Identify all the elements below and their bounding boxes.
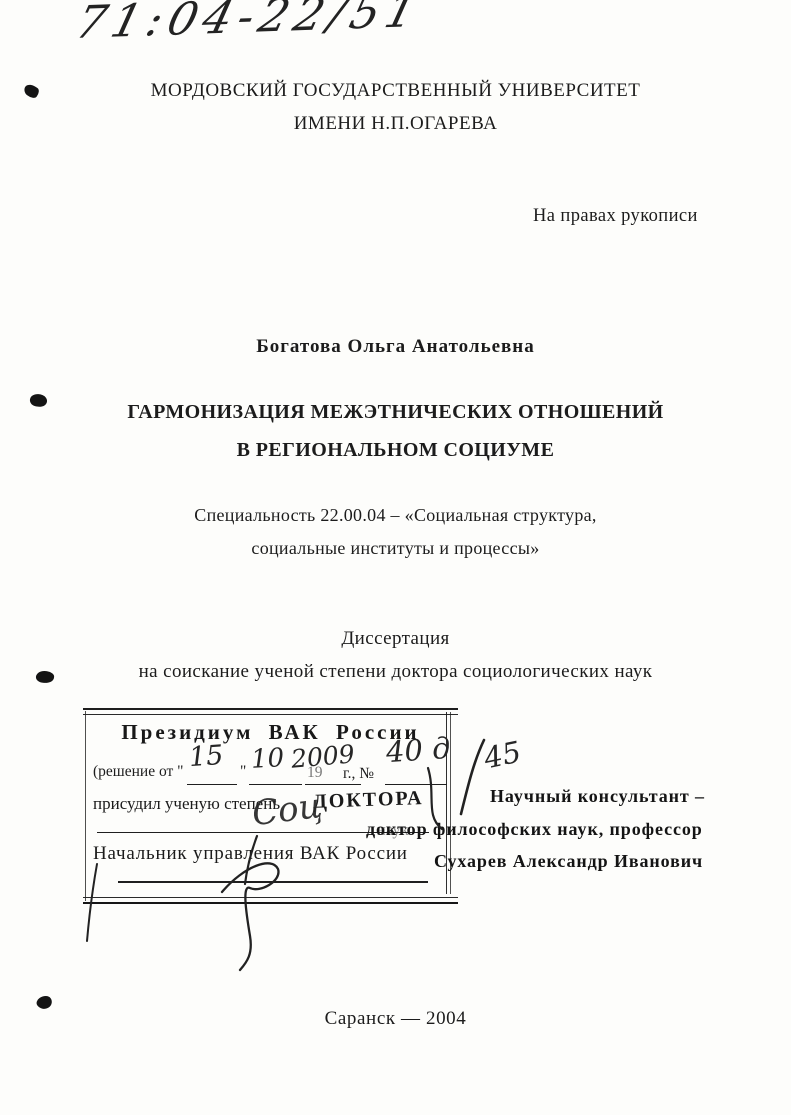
dissertation-title-line1: ГАРМОНИЗАЦИЯ МЕЖЭТНИЧЕСКИХ ОТНОШЕНИЙ bbox=[0, 401, 791, 424]
consultant-name: Сухарев Александр Иванович bbox=[434, 851, 703, 872]
handwritten-day: 15 bbox=[188, 740, 224, 773]
university-name-line2: ИМЕНИ Н.П.ОГАРЕВА bbox=[0, 113, 791, 135]
author-name: Богатова Ольга Анатольевна bbox=[0, 336, 791, 358]
stamp-degree: ДОКТОРА bbox=[313, 787, 424, 814]
specialty-line2: социальные институты и процессы» bbox=[0, 538, 791, 559]
thesis-type: Диссертация bbox=[0, 628, 791, 650]
handwritten-archive-code: 71:04-22/51 bbox=[71, 0, 428, 49]
dissertation-title-line2: В РЕГИОНАЛЬНОМ СОЦИУМЕ bbox=[0, 439, 791, 462]
specialty-line1: Специальность 22.00.04 – «Социальная стр… bbox=[0, 505, 791, 526]
handwritten-month: 10 bbox=[250, 743, 285, 775]
handwritten-decision-number: 40 д bbox=[385, 731, 452, 769]
handwritten-year: 2009 bbox=[290, 739, 356, 773]
thesis-subtitle: на соискание ученой степени доктора соци… bbox=[0, 661, 791, 683]
stamp-border-bottom bbox=[83, 897, 458, 904]
stamp-month-blank bbox=[249, 784, 302, 785]
stamp-day-blank bbox=[187, 784, 237, 785]
university-name-line1: МОРДОВСКИЙ ГОСУДАРСТВЕННЫЙ УНИВЕРСИТЕТ bbox=[0, 80, 791, 102]
consultant-heading: Научный консультант – bbox=[490, 786, 705, 807]
stamp-border-top bbox=[83, 708, 458, 715]
stamp-decision-prefix: (решение от " bbox=[93, 763, 183, 781]
stamp-quote-close: " bbox=[240, 763, 246, 781]
city-year: Саранск — 2004 bbox=[0, 1008, 791, 1030]
dissertation-title-page: 71:04-22/51 МОРДОВСКИЙ ГОСУДАРСТВЕННЫЙ У… bbox=[0, 0, 791, 1115]
stamp-official-title: Начальник управления ВАК России bbox=[93, 843, 408, 865]
handwritten-decision-number-part2: 45 bbox=[481, 735, 524, 776]
manuscript-rights-note: На правах рукописи bbox=[533, 206, 698, 227]
consultant-degree: доктор философских наук, профессор bbox=[366, 819, 703, 840]
stamp-signature-blank bbox=[118, 881, 428, 883]
stamp-number-blank bbox=[385, 784, 447, 785]
handwritten-specialty-scribble: Соц bbox=[250, 786, 325, 834]
stamp-year-blank bbox=[305, 784, 361, 785]
